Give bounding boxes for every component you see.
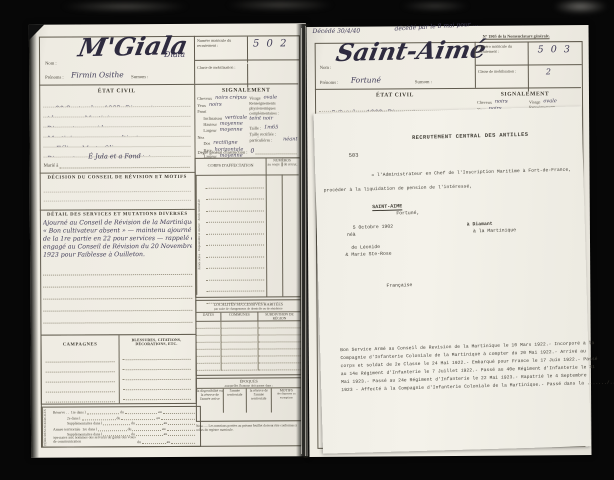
etat-civil-title: ÉTAT CIVIL <box>315 92 475 99</box>
blank-rule <box>46 362 115 372</box>
blank-rule <box>206 223 264 235</box>
services-entries: Ajourné au Conseil de Révision de la Mar… <box>43 219 192 260</box>
blank-rule <box>206 200 264 212</box>
trait-value: rectiligne <box>213 140 237 146</box>
surnom-label: Surnom : <box>415 79 432 84</box>
instruction-label: Degré général d'instruction : <box>198 150 248 155</box>
du-label: du <box>120 411 124 415</box>
dotted-leader <box>161 415 195 420</box>
surnom-label: Surnom : <box>131 74 148 79</box>
localites-subtitle: par suite de changements de domicile ou … <box>196 306 300 311</box>
film-noise-smudge <box>553 0 608 13</box>
nom-label: Nom : <box>45 61 57 66</box>
nom-label: Nom : <box>320 65 332 70</box>
au-label: au <box>164 432 168 436</box>
blank-rule <box>206 268 264 280</box>
trait-value: moyenne <box>220 127 243 133</box>
col-dates: DATES <box>196 313 221 321</box>
etat-civil-title: ÉTAT CIVIL <box>39 88 194 95</box>
dotted-leader <box>125 410 157 415</box>
blessures-title: BLESSURES, CITATIONS, DÉCORATIONS, ETC. <box>122 338 192 346</box>
microfilm-register-scan: Nom : M'Giala Diala Prénoms : Firmin Osi… <box>0 0 614 480</box>
typed-birth-place2: à la Martinique <box>473 228 516 234</box>
etat-civil-lines: Né le 28 Septembre 1902 à Diamant , cant… <box>43 97 190 158</box>
blank-rule <box>206 280 264 292</box>
blank-rule <box>43 263 192 276</box>
taille-label: Taille : <box>249 125 261 130</box>
typed-birth-place1: à Diamant <box>467 222 493 228</box>
typed-number: 503 <box>349 153 359 159</box>
matricule-box: Numéro matricule du recrutement : 5 0 2 <box>195 35 299 61</box>
matricule-boxes: Numéro matricule du recrutement : 5 0 2 … <box>194 35 299 84</box>
instruction-line: Degré général d'instruction : 0 <box>198 147 298 155</box>
numeros-header: NUMÉROS au corps de recrut. <box>266 158 299 175</box>
matricule-box: Numéro matricule du recrutement : 5 0 3 <box>476 41 582 66</box>
nomenclature-number: N° 1905 de la Nomenclature générale. <box>483 33 550 39</box>
blank-rule <box>206 177 264 189</box>
dotted-leader <box>136 431 163 436</box>
blank-rule <box>46 372 115 382</box>
periode-row-label: 2e dans l <box>67 416 81 420</box>
front-subrows: InclinaisonverticaleHauteurmoyenneLargeu… <box>203 114 247 133</box>
periode-row-label: 1re dans l <box>82 427 97 431</box>
services-title: DÉTAIL DES SERVICES ET MUTATIONS DIVERSE… <box>40 212 195 218</box>
prenoms-label: Prénoms : <box>320 80 339 85</box>
signalement-title: SIGNALEMENT <box>194 87 298 94</box>
cheveux-label: Cheveux <box>197 96 212 101</box>
trait-label: Inclinaison <box>203 115 222 120</box>
du-label: du <box>131 421 135 425</box>
typed-overlay-sheet: RECRUTEMENT CENTRAL DES ANTILLES 503 « l… <box>314 106 591 453</box>
blank-rule <box>43 299 192 312</box>
dotted-leader <box>98 426 127 431</box>
marie-label: Marié à <box>44 164 59 169</box>
epoques-columns: la disponibilité ou la réserve de l'armé… <box>197 387 301 413</box>
typed-firstname: Fortuné, <box>396 211 419 217</box>
instruction-value: 0 <box>250 148 254 155</box>
campagnes-table: CAMPAGNES BLESSURES, CITATIONS, DÉCORATI… <box>40 334 196 405</box>
marie-line: Marié à <box>44 163 191 169</box>
yeux-label: Yeux <box>197 103 206 108</box>
decision-lines: Inscrit sous le n° 75 de la liste du can… <box>44 183 191 211</box>
dotted-leader <box>136 420 163 425</box>
blank-rule <box>206 245 264 257</box>
blank-rule <box>46 352 115 362</box>
dotted-leader <box>103 421 130 426</box>
blank-rule <box>123 380 191 390</box>
blank-rule <box>123 390 191 400</box>
film-noise-smudge <box>400 2 470 10</box>
du-label: du <box>137 440 141 444</box>
corps-group-labels: Armée active · Disponibilité et réserve … <box>196 175 206 295</box>
cheveux-label: Cheveux <box>477 100 492 105</box>
typed-line1: « l'Administrateur en Chef de l'Inscript… <box>371 167 571 181</box>
typed-birth-ne: néà <box>347 233 356 238</box>
top-center-annotation-handwritten: décédé par le 8 mai pour … <box>394 21 478 33</box>
typed-line2: procéder à la liquidation de pension de … <box>324 183 473 195</box>
dotted-leader <box>171 437 195 444</box>
blank-rule <box>206 188 264 200</box>
special-label: Spéciales aux hommes des services de gar… <box>53 436 137 444</box>
cell-date <box>197 364 222 371</box>
typed-parent2: & Marie Ste-Rose <box>345 252 391 258</box>
blank-rule <box>206 234 264 246</box>
cheveux-value: noirs <box>495 99 508 105</box>
register-page-right: Décédé 30/4/40 décédé par le 8 mai pour … <box>307 25 592 457</box>
parents-note-handwritten: É Jula et a Fond <box>60 152 170 161</box>
au-label: au <box>162 427 166 431</box>
dotted-leader <box>121 415 155 420</box>
du-label: du <box>128 427 132 431</box>
renseignements-value: teint noir <box>249 115 297 121</box>
periodes-side-label: PÉRIODES D'EXERCICES <box>42 408 51 447</box>
film-noise-smudge <box>225 0 335 10</box>
dotted-leader <box>163 409 195 414</box>
epoques-box: ÉPOQUES auxquelles l'homme doit passer d… <box>196 377 302 422</box>
page-edge-line <box>301 28 302 454</box>
periodes-rows: Réserve . .1re dans lduau 2e dans lduau … <box>53 409 196 445</box>
dotted-leader <box>166 426 195 431</box>
blank-rule <box>123 370 191 380</box>
blessures-rules <box>123 350 191 400</box>
matricule-number: 5 0 2 <box>253 38 289 49</box>
signalement-right-col: Visageovale Renseignements physionomique… <box>249 94 297 143</box>
localites-header-row: DATES COMMUNES SUBDIVISION DE RÉGION <box>196 311 300 322</box>
footnote: Nota. — Les mentions portées au présent … <box>196 423 300 432</box>
dotted-leader <box>87 410 119 415</box>
service-entry-handwritten: 1923 pour Faiblesse à Ouilleton. <box>43 251 192 260</box>
cell-subdivision <box>259 363 301 370</box>
periodes-box: PÉRIODES D'EXERCICES Réserve . .1re dans… <box>41 406 201 448</box>
blank-rule <box>43 287 192 300</box>
typed-birth-date: 5 Octobre 1902 <box>353 225 393 231</box>
blank-rule <box>43 311 192 324</box>
corps-title: CORPS D'AFFECTATION <box>196 163 266 167</box>
classe-label: Classe de mobilisation : <box>195 64 248 88</box>
matricule-boxes: Numéro matricule du recrutement : 5 0 3 … <box>475 41 582 88</box>
surname-note: Diala <box>164 50 185 59</box>
au-label: au <box>164 421 168 425</box>
blessures-column: BLESSURES, CITATIONS, DÉCORATIONS, ETC. <box>118 335 194 403</box>
header-block: Nom : Saint-Aimé Prénoms : Fortuné Surno… <box>315 41 581 90</box>
dotted-leader <box>81 415 115 420</box>
numeros-col-a: au corps <box>266 162 283 166</box>
au-label: au <box>158 410 162 414</box>
surname-handwritten: Saint-Aimé <box>334 34 489 67</box>
services-blank-rules <box>43 263 192 336</box>
col-subdivision: SUBDIVISION DE RÉGION <box>258 312 300 320</box>
epoques-col1: la disponibilité ou la réserve de l'armé… <box>197 389 224 413</box>
localites-table: LOCALITÉS SUCCESSIVES HABITÉES par suite… <box>195 299 301 376</box>
corps-rules <box>206 177 265 304</box>
top-left-annotation-handwritten: Décédé 30/4/40 <box>313 28 361 35</box>
classe-box: Classe de mobilisation : <box>195 59 299 84</box>
film-noise-smudge <box>60 2 190 11</box>
blank-rule <box>46 382 115 392</box>
trait-label: Dos <box>203 141 210 146</box>
epoques-col2: l'armée territoriale <box>224 389 247 413</box>
dotted-leader <box>132 426 161 431</box>
typed-service-paragraph: Bon Service Armé au Conseil de Revision … <box>340 340 583 395</box>
classe-box: Classe de mobilisation : 2 <box>476 64 582 88</box>
dotted-leader <box>168 431 195 436</box>
groupe-disponibilite: Disponibilité et réserve <box>197 224 201 252</box>
renseignements-label: Renseignements physionomiques complément… <box>249 102 297 116</box>
cheveux-value: noirs crépus <box>215 95 247 101</box>
decision-title: DÉCISION DU CONSEIL DE RÉVISION ET MOTIF… <box>40 175 195 181</box>
trait-label: Largeur <box>203 128 216 133</box>
dotted-leader <box>168 420 195 425</box>
nez-label: Nez <box>197 135 204 140</box>
corps-header: CORPS D'AFFECTATION <box>196 158 267 175</box>
classe-label: Classe de mobilisation : <box>476 67 529 91</box>
periode-row-label: 1re dans l <box>71 411 86 415</box>
territoriale-label: Armée territoriale <box>53 427 80 431</box>
signalement-title: SIGNALEMENT <box>475 91 575 98</box>
blank-rule <box>43 275 192 288</box>
campagnes-title: CAMPAGNES <box>42 341 119 346</box>
corps-divider <box>266 174 268 296</box>
blank-rule <box>123 360 191 370</box>
yeux-value: noirs <box>209 102 222 108</box>
typed-parent1: de Léonide <box>351 245 380 251</box>
campagnes-rules <box>46 352 115 402</box>
classe-value: 2 <box>546 67 551 76</box>
trait-value: verticale <box>225 114 247 120</box>
blank-rule <box>206 211 264 223</box>
epoques-col3: la réserve de l'armée territoriale <box>247 388 272 412</box>
front-label: Front <box>197 109 206 114</box>
du-label: du <box>116 416 120 420</box>
page-edge-line <box>305 26 306 456</box>
trait-value: moyenne <box>220 121 243 127</box>
localites-rows <box>196 321 300 371</box>
dotted-leader <box>142 437 166 444</box>
trait-label: Hauteur <box>203 122 217 127</box>
typed-surname: SAINT-AIME <box>372 203 402 211</box>
groupe-armee-active: Armée active <box>197 254 201 270</box>
reserve-label: Réserve . . <box>53 411 69 415</box>
typed-nationality: Française <box>386 283 412 289</box>
prenoms-handwritten: Firmin Osithe <box>71 70 124 79</box>
prenoms-label: Prénoms : <box>45 75 64 80</box>
campagnes-column: CAMPAGNES <box>41 335 119 403</box>
prenoms-handwritten: Fortuné <box>351 75 381 84</box>
marques-label: Marques particulières : <box>249 136 280 143</box>
dotted-leader <box>255 153 296 154</box>
corps-table: CORPS D'AFFECTATION NUMÉROS au corps de … <box>195 157 302 298</box>
col-communes: COMMUNES <box>221 313 258 321</box>
au-label: au <box>156 416 160 420</box>
blank-rule <box>46 392 115 402</box>
typed-heading: RECRUTEMENT CENTRAL DES ANTILLES <box>384 131 556 142</box>
decision-section: DÉCISION DU CONSEIL DE RÉVISION ET MOTIF… <box>40 172 195 211</box>
groupe-territoriale: Armée territoriale <box>197 200 201 222</box>
blank-rule <box>206 257 264 269</box>
cell-commune <box>222 364 259 371</box>
blank-rule <box>123 350 191 360</box>
register-page-left: Nom : M'Giala Diala Prénoms : Firmin Osi… <box>29 23 308 457</box>
taille-value: 1m65 <box>264 124 278 130</box>
corps-divider <box>282 174 284 296</box>
au-label: au <box>167 440 171 444</box>
periode-row-label: Supplémentaires dans l <box>67 422 102 426</box>
header-block: Nom : M'Giala Diala Prénoms : Firmin Osi… <box>39 35 298 85</box>
matricule-number: 5 0 3 <box>538 44 572 55</box>
services-section: DÉTAIL DES SERVICES ET MUTATIONS DIVERSE… <box>40 209 196 336</box>
localites-row <box>197 363 301 371</box>
